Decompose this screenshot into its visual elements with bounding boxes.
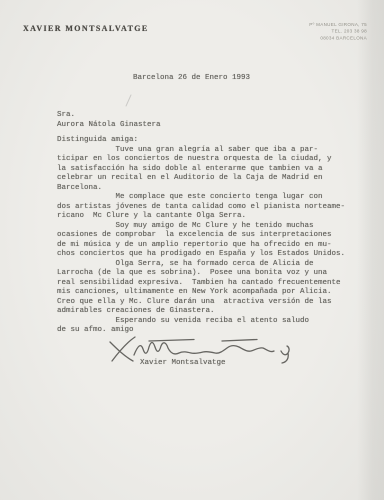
date-line: Barcelona 26 de Enero 1993 <box>133 74 250 82</box>
body-line: admirables creaciones de Ginastera. <box>57 307 345 317</box>
body-line: Distinguida amiga: <box>57 136 345 146</box>
signature-tbar-strokes <box>149 340 257 342</box>
letterhead-address-block: Pº MANUEL GIRONA, 75TEL. 203 38 9808034 … <box>309 22 367 43</box>
letter-body: Distinguida amiga: Tuve una gran alegría… <box>57 136 345 336</box>
letterhead-address-line: Pº MANUEL GIRONA, 75 <box>309 22 367 29</box>
typed-signature-name: Xavier Montsalvatge <box>140 359 226 367</box>
body-line: Soy muy amigo de Mc Clure y he tenido mu… <box>57 222 345 232</box>
body-line: celebrar un recital en el Auditorio de l… <box>57 174 345 184</box>
body-line: de mi música y de un amplio repertorio q… <box>57 241 345 251</box>
stray-pen-mark <box>125 94 131 106</box>
body-line: Larrocha (de la que es sobrina). Posee u… <box>57 269 345 279</box>
body-line: Tuve una gran alegría al saber que iba a… <box>57 146 345 156</box>
body-line: Olga Serra, se ha formado cerca de Alici… <box>57 260 345 270</box>
signature-scrawl-stroke <box>134 343 274 356</box>
scanned-letter-page: XAVIER MONTSALVATGE Pº MANUEL GIRONA, 75… <box>0 0 384 500</box>
signature-flourish-y <box>281 346 289 363</box>
recipient-line: Sra. <box>57 111 161 121</box>
body-line: ricano Mc Clure y la cantante Olga Serra… <box>57 212 345 222</box>
letterhead-name: XAVIER MONTSALVATGE <box>23 24 149 33</box>
letterhead-address-line: 08034 BARCELONA <box>309 36 367 43</box>
letterhead-address-line: TEL. 203 38 98 <box>309 29 367 36</box>
body-line: ocasiones de comprobar la excelencia de … <box>57 231 345 241</box>
body-line: mis canciones, ultimamente en New York a… <box>57 288 345 298</box>
body-line: dos artistas jóvenes de tanta calidad co… <box>57 203 345 213</box>
recipient-line: Aurora Nátola Ginastera <box>57 121 161 131</box>
body-line: chos conciertos que ha prodigado en Espa… <box>57 250 345 260</box>
body-line: Me complace que este concierto tenga lug… <box>57 193 345 203</box>
recipient-block: Sra.Aurora Nátola Ginastera <box>57 111 161 130</box>
body-line: real sensibilidad expresiva. Tambien ha … <box>57 279 345 289</box>
body-line: ticipar en los conciertos de nuestra orq… <box>57 155 345 165</box>
body-line: Barcelona. <box>57 184 345 194</box>
body-line: Esperando su venida reciba el atento sal… <box>57 317 345 327</box>
signature-initial-stroke <box>110 337 135 361</box>
body-line: la satisfacción ha sido doble al enterar… <box>57 165 345 175</box>
body-line: Creo que ella y Mc. Clure darán una atra… <box>57 298 345 308</box>
